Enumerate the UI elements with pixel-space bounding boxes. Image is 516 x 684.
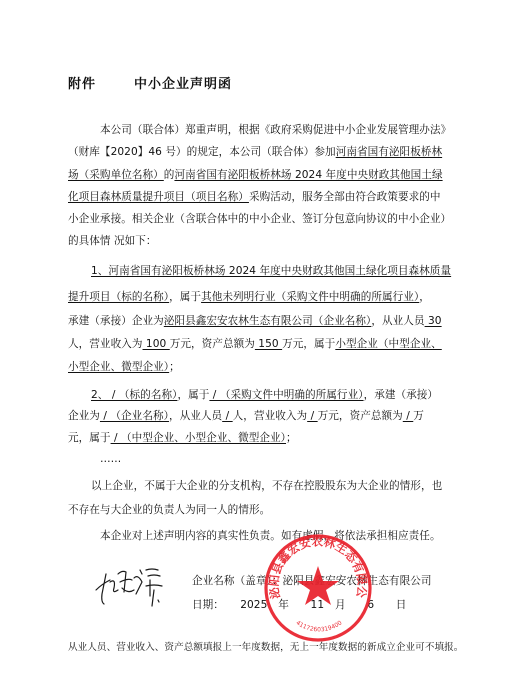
revenue-value: 100 (143, 338, 170, 350)
ellipsis: …… (100, 452, 121, 466)
para1-line6: 的具体情 况如下： (68, 234, 157, 248)
para1-line4: 化项目森林质量提升项目（项目名称）采购活动，服务全部由符合政策要求的中 (68, 190, 441, 204)
handwritten-signature (92, 560, 172, 612)
item1-line1: 1、河南省国有泌阳板桥林场 2024 年度中央财政其他国土绿化项目森林质量 (91, 264, 451, 278)
para1-line2: （财库【2020】46 号）的规定，本公司（联合体）参加河南省国有泌阳板桥林 (68, 145, 442, 159)
assets-value: 150 (255, 338, 282, 350)
item2-line2: 企业为 / （企业名称），从业人员 / 人，营业收入为 / 万元，资产总额为 /… (68, 409, 424, 423)
svg-text:4117260319400: 4117260319400 (295, 619, 344, 633)
staff-count: 30 (425, 315, 442, 327)
para2-line2: 不存在与大企业的负责人为同一人的情形。 (68, 503, 270, 517)
attachment-label: 附件 (68, 73, 96, 92)
item1-line5: 小型企业、微型企业）； (68, 360, 180, 374)
item2-line1: 2、 / （标的名称），属于 / （采购文件中明确的所属行业），承建（承接） (91, 388, 438, 402)
item1-line4: 人，营业收入为 100 万元，资产总额为 150 万元，属于小型企业（中型企业、 (68, 337, 442, 351)
item1-line3: 承建（承接）企业为泌阳县鑫宏安农林生态有限公司（企业名称），从业人员 30 (68, 314, 442, 328)
seal-star-icon (297, 566, 339, 605)
item1-line2: 提升项目（标的名称），属于其他未列明行业（采购文件中明确的所属行业）， (68, 290, 430, 304)
para2-line1: 以上企业，不属于大企业的分支机构，不存在控股股东为大企业的情形，也 (91, 479, 442, 493)
footnote: 从业人员、营业收入、资产总额填报上一年度数据，无上一年度数据的新成立企业可不填报… (68, 641, 463, 655)
official-seal: 泌阳县鑫宏安农林生态有限公司 4117260319400 (262, 532, 374, 644)
item2-line3: 元，属于 / （中型企业、小型企业、微型企业）； (68, 431, 297, 445)
para1-line3: 场（采购单位名称）的河南省国有泌阳板桥林场 2024 年度中央财政其他国土绿 (68, 168, 443, 182)
page-title: 中小企业声明函 (134, 73, 232, 92)
para1-line1: 本公司（联合体）郑重声明，根据《政府采购促进中小企业发展管理办法》 (100, 123, 451, 137)
para1-line5: 小企业承接。相关企业（含联合体中的中小企业、签订分包意向协议的中小企业） (68, 212, 451, 226)
